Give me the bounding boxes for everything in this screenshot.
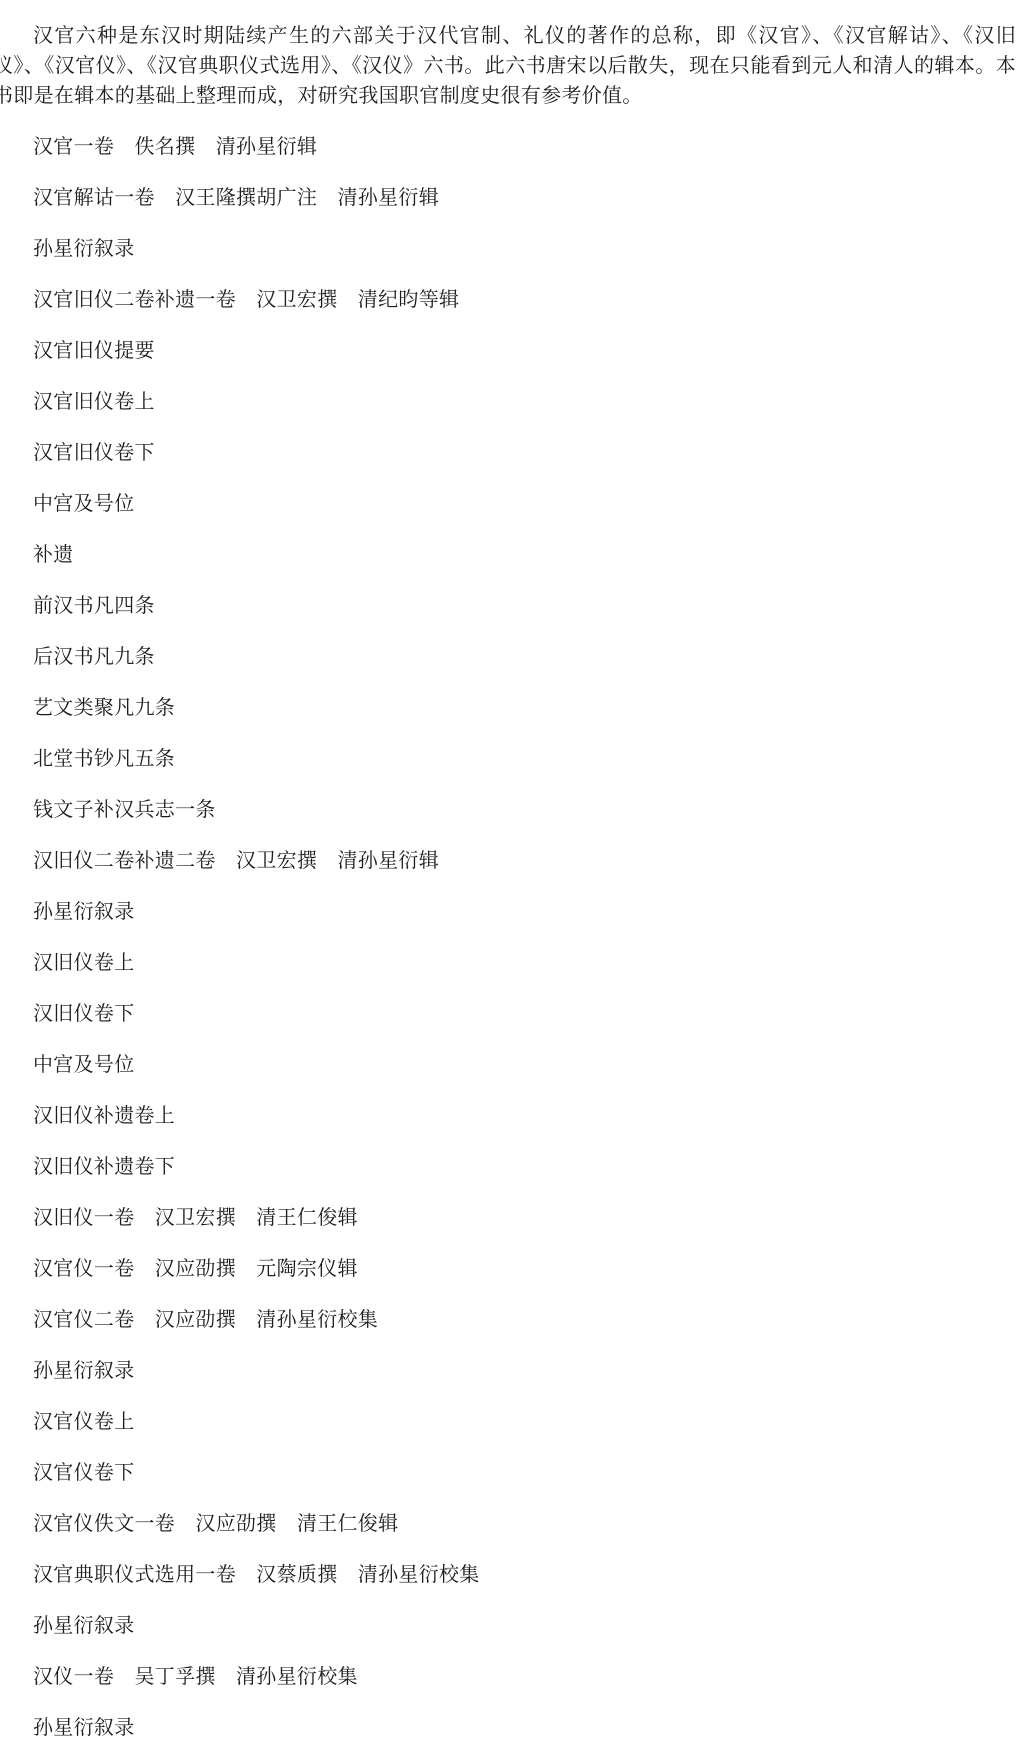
intro-paragraph: 汉官六种是东汉时期陆续产生的六部关于汉代官制、礼仪的著作的总称，即《汉官》、《汉… <box>0 21 1016 111</box>
toc-entry: 汉旧仪一卷 汉卫宏撰 清王仁俊辑 <box>0 1203 1016 1233</box>
toc-entry: 汉官仪卷下 <box>0 1458 1016 1488</box>
toc-entry: 中宫及号位 <box>0 1050 1016 1080</box>
toc-entry: 汉仪一卷 吴丁孚撰 清孙星衍校集 <box>0 1662 1016 1692</box>
toc-entry: 后汉书凡九条 <box>0 642 1016 672</box>
toc-entry: 孙星衍叙录 <box>0 1611 1016 1641</box>
toc-entry: 孙星衍叙录 <box>0 234 1016 264</box>
toc-entry: 汉官仪二卷 汉应劭撰 清孙星衍校集 <box>0 1305 1016 1335</box>
toc-entry: 钱文子补汉兵志一条 <box>0 795 1016 825</box>
toc-list: 汉官一卷 佚名撰 清孙星衍辑汉官解诂一卷 汉王隆撰胡广注 清孙星衍辑孙星衍叙录汉… <box>0 132 1016 1743</box>
toc-entry: 汉官典职仪式选用一卷 汉蔡质撰 清孙星衍校集 <box>0 1560 1016 1590</box>
toc-entry: 艺文类聚凡九条 <box>0 693 1016 723</box>
toc-entry: 孙星衍叙录 <box>0 1713 1016 1743</box>
toc-entry: 中宫及号位 <box>0 489 1016 519</box>
book-description-page: 汉官六种是东汉时期陆续产生的六部关于汉代官制、礼仪的著作的总称，即《汉官》、《汉… <box>0 21 1016 1743</box>
toc-entry: 汉官旧仪提要 <box>0 336 1016 366</box>
toc-entry: 汉官仪卷上 <box>0 1407 1016 1437</box>
toc-entry: 汉官解诂一卷 汉王隆撰胡广注 清孙星衍辑 <box>0 183 1016 213</box>
toc-entry: 孙星衍叙录 <box>0 1356 1016 1386</box>
toc-entry: 汉官旧仪卷下 <box>0 438 1016 468</box>
toc-entry: 汉旧仪卷上 <box>0 948 1016 978</box>
toc-entry: 汉官旧仪卷上 <box>0 387 1016 417</box>
toc-entry: 孙星衍叙录 <box>0 897 1016 927</box>
toc-entry: 汉旧仪补遗卷上 <box>0 1101 1016 1131</box>
toc-entry: 补遗 <box>0 540 1016 570</box>
toc-entry: 汉官一卷 佚名撰 清孙星衍辑 <box>0 132 1016 162</box>
toc-entry: 汉官仪一卷 汉应劭撰 元陶宗仪辑 <box>0 1254 1016 1284</box>
toc-entry: 汉官仪佚文一卷 汉应劭撰 清王仁俊辑 <box>0 1509 1016 1539</box>
toc-entry: 前汉书凡四条 <box>0 591 1016 621</box>
toc-entry: 汉旧仪二卷补遗二卷 汉卫宏撰 清孙星衍辑 <box>0 846 1016 876</box>
toc-entry: 汉官旧仪二卷补遗一卷 汉卫宏撰 清纪昀等辑 <box>0 285 1016 315</box>
toc-entry: 北堂书钞凡五条 <box>0 744 1016 774</box>
toc-entry: 汉旧仪卷下 <box>0 999 1016 1029</box>
toc-entry: 汉旧仪补遗卷下 <box>0 1152 1016 1182</box>
